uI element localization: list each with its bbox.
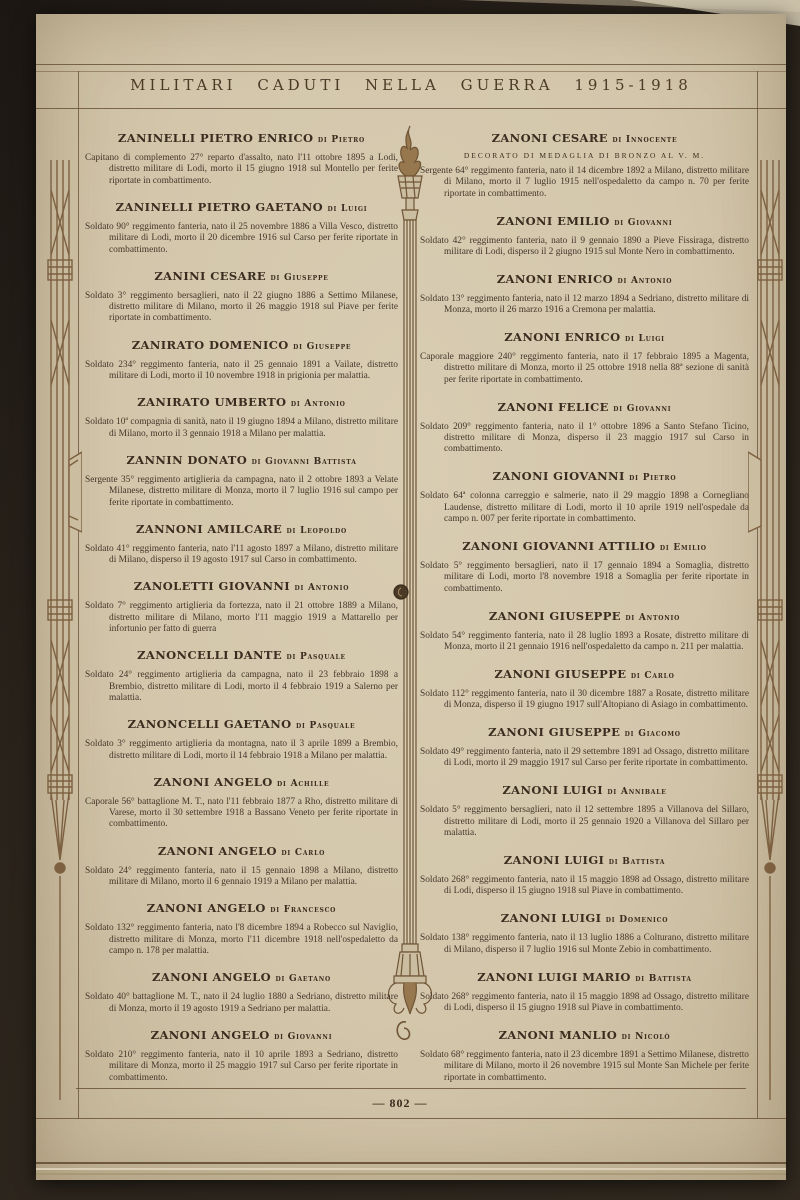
entry-text: Capitano di complemento 27° reparto d'as… — [85, 153, 398, 187]
soldier-entry: ZANOLETTI GIOVANNI di Antonio Soldato 7°… — [85, 580, 398, 635]
soldier-entry: ZANONI MANLIO di Nicolò Soldato 68° regg… — [420, 1029, 749, 1084]
entry-text: Soldato 138° reggimento fanteria, nato i… — [420, 933, 749, 956]
father-name: di Giacomo — [625, 729, 681, 739]
entry-heading: ZANONI LUIGI di Annibale — [420, 784, 749, 799]
entry-text: Soldato 268° reggimento fanteria, nato i… — [420, 875, 749, 898]
father-name: di Pasquale — [286, 652, 345, 662]
entry-text: Soldato 234° reggimento fanteria, nato i… — [85, 360, 398, 383]
soldier-entry: ZANONI ANGELO di Francesco Soldato 132° … — [85, 902, 398, 957]
soldier-entry: ZANONI GIUSEPPE di Antonio Soldato 54° r… — [420, 610, 749, 654]
entry-text: Soldato 3° reggimento bersaglieri, nato … — [85, 291, 398, 325]
soldier-entry: ZANONI GIUSEPPE di Giacomo Soldato 49° r… — [420, 726, 749, 770]
entry-heading: ZANIRATO DOMENICO di Giuseppe — [85, 339, 398, 354]
left-border-rule — [78, 71, 79, 1118]
soldier-entry: ZANONI ANGELO di Carlo Soldato 24° reggi… — [85, 845, 398, 889]
father-name: di Pasquale — [296, 721, 355, 731]
soldier-entry: ZANONI GIUSEPPE di Carlo Soldato 112° re… — [420, 668, 749, 712]
entry-text: Soldato 40° battaglione M. T., nato il 2… — [85, 992, 398, 1015]
soldier-entry: ZANIRATO DOMENICO di Giuseppe Soldato 23… — [85, 339, 398, 383]
soldier-entry: ZANONI CESARE di Innocente DECORATO DI M… — [420, 132, 749, 200]
soldier-name: ZANNONI AMILCARE — [136, 522, 282, 536]
entry-heading: ZANONI ANGELO di Carlo — [85, 845, 398, 860]
bottom-rule — [36, 1118, 786, 1119]
soldier-name: ZANONI ANGELO — [154, 775, 273, 789]
entry-text: Soldato 24° reggimento fanteria, nato il… — [85, 866, 398, 889]
father-name: di Antonio — [291, 399, 346, 409]
father-name: di Antonio — [617, 276, 672, 286]
soldier-entry: ZANONI ANGELO di Giovanni Soldato 210° r… — [85, 1029, 398, 1084]
soldier-entry: ZANONI ENRICO di Antonio Soldato 13° reg… — [420, 273, 749, 317]
entry-heading: ZANOLETTI GIOVANNI di Antonio — [85, 580, 398, 595]
top-rule — [36, 64, 786, 65]
entry-text: Soldato 210° reggimento fanteria, nato i… — [85, 1050, 398, 1084]
entry-heading: ZANONI CESARE di Innocente — [420, 132, 749, 147]
soldier-entry: ZANONCELLI GAETANO di Pasquale Soldato 3… — [85, 718, 398, 762]
soldier-entry: ZANONI GIOVANNI ATTILIO di Emilio Soldat… — [420, 540, 749, 595]
footer-rule — [76, 1088, 746, 1089]
soldier-name: ZANONI GIUSEPPE — [494, 667, 626, 681]
entry-text: Soldato 5° reggimento bersaglieri, nato … — [420, 561, 749, 595]
father-name: di Battista — [635, 974, 692, 984]
soldier-name: ZANIRATO UMBERTO — [137, 395, 286, 409]
soldier-entry: ZANIRATO UMBERTO di Antonio Soldato 10ª … — [85, 396, 398, 440]
entry-heading: ZANINI CESARE di Giuseppe — [85, 270, 398, 285]
father-name: di Pietro — [629, 473, 676, 483]
soldier-entry: ZANONI ANGELO di Achille Caporale 56° ba… — [85, 776, 398, 831]
entry-heading: ZANONI LUIGI di Domenico — [420, 912, 749, 927]
entry-heading: ZANONI GIOVANNI ATTILIO di Emilio — [420, 540, 749, 555]
entry-heading: ZANONI ANGELO di Gaetano — [85, 971, 398, 986]
entry-heading: ZANONI GIUSEPPE di Antonio — [420, 610, 749, 625]
entry-text: Soldato 112° reggimento fanteria, nato i… — [420, 689, 749, 712]
page-title: MILITARI CADUTI NELLA GUERRA 1915-1918 — [36, 76, 786, 94]
soldier-entry: ZANONI GIOVANNI di Pietro Soldato 64ª co… — [420, 470, 749, 525]
father-name: di Giovanni — [613, 404, 671, 414]
father-name: di Nicolò — [622, 1032, 671, 1042]
entry-heading: ZANNIN DONATO di Giovanni Battista — [85, 454, 398, 469]
father-name: di Giuseppe — [271, 273, 329, 283]
father-name: di Carlo — [281, 848, 325, 858]
father-name: di Gaetano — [275, 974, 331, 984]
soldier-name: ZANONI LUIGI — [504, 853, 605, 867]
father-name: di Luigi — [625, 334, 665, 344]
bottom-border-rule — [36, 1162, 786, 1164]
soldier-entry: ZANONI EMILIO di Giovanni Soldato 42° re… — [420, 215, 749, 259]
entry-text: Soldato 3° reggimento artiglieria da mon… — [85, 739, 398, 762]
soldier-name: ZANNIN DONATO — [126, 453, 247, 467]
entry-heading: ZANONI ENRICO di Antonio — [420, 273, 749, 288]
soldier-name: ZANONI EMILIO — [497, 214, 610, 228]
soldier-name: ZANONI GIOVANNI ATTILIO — [462, 539, 655, 553]
father-name: di Luigi — [328, 204, 368, 214]
father-name: di Carlo — [631, 671, 675, 681]
father-name: di Leopoldo — [287, 526, 347, 536]
father-name: di Giovanni — [274, 1032, 332, 1042]
soldier-entry: ZANNONI AMILCARE di Leopoldo Soldato 41°… — [85, 523, 398, 567]
soldier-entry: ZANONI ANGELO di Gaetano Soldato 40° bat… — [85, 971, 398, 1015]
entry-text: Soldato 7° reggimento artiglieria da for… — [85, 601, 398, 635]
entry-text: Soldato 68° reggimento fanteria, nato il… — [420, 1050, 749, 1084]
soldier-entry: ZANINELLI PIETRO ENRICO di Pietro Capita… — [85, 132, 398, 187]
entry-text: Soldato 24° reggimento artiglieria da ca… — [85, 670, 398, 704]
entry-text: Soldato 13° reggimento fanteria, nato il… — [420, 294, 749, 317]
soldier-entry: ZANONI LUIGI di Annibale Soldato 5° regg… — [420, 784, 749, 839]
entry-text: Caporale 56° battaglione M. T., nato l'1… — [85, 797, 398, 831]
father-name: di Giovanni Battista — [252, 457, 357, 467]
page-stack-edge-dark — [36, 1173, 786, 1175]
soldier-name: ZANONI ANGELO — [147, 901, 266, 915]
entry-heading: ZANONI LUIGI di Battista — [420, 854, 749, 869]
book-page: MILITARI CADUTI NELLA GUERRA 1915-1918 — [36, 14, 786, 1180]
soldier-name: ZANONCELLI GAETANO — [128, 717, 292, 731]
soldier-name: ZANONI CESARE — [492, 132, 608, 145]
top-rule-outer — [36, 71, 786, 72]
soldier-entry: ZANONCELLI DANTE di Pasquale Soldato 24°… — [85, 649, 398, 704]
entry-heading: ZANIRATO UMBERTO di Antonio — [85, 396, 398, 411]
soldier-entry: ZANNIN DONATO di Giovanni Battista Serge… — [85, 454, 398, 509]
left-column: ZANINELLI PIETRO ENRICO di Pietro Capita… — [85, 132, 398, 1084]
entry-text: Caporale maggiore 240° reggimento fanter… — [420, 352, 749, 386]
father-name: di Antonio — [294, 583, 349, 593]
header-underline-rule — [36, 108, 786, 109]
right-border-rule — [757, 71, 758, 1118]
soldier-name: ZANONI LUIGI — [501, 911, 602, 925]
entry-heading: ZANONI ANGELO di Giovanni — [85, 1029, 398, 1044]
soldier-entry: ZANONI LUIGI di Battista Soldato 268° re… — [420, 854, 749, 898]
father-name: di Francesco — [270, 905, 336, 915]
fasces-ornament-left-icon — [36, 160, 82, 1100]
decoration-line: DECORATO DI MEDAGLIA DI BRONZO AL V. M. — [420, 151, 749, 160]
entry-heading: ZANONI MANLIO di Nicolò — [420, 1029, 749, 1044]
entry-text: Sergente 35° reggimento artiglieria da c… — [85, 475, 398, 509]
entry-heading: ZANONCELLI GAETANO di Pasquale — [85, 718, 398, 733]
entry-heading: ZANNONI AMILCARE di Leopoldo — [85, 523, 398, 538]
entry-text: Soldato 209° reggimento fanteria, nato i… — [420, 422, 749, 456]
soldier-entry: ZANONI FELICE di Giovanni Soldato 209° r… — [420, 401, 749, 456]
entry-text: Soldato 49° reggimento fanteria, nato il… — [420, 747, 749, 770]
father-name: di Giuseppe — [293, 342, 351, 352]
soldier-name: ZANONI LUIGI MARIO — [477, 970, 631, 984]
page-number: — 802 — — [36, 1096, 764, 1111]
soldier-name: ZANONI GIUSEPPE — [488, 725, 620, 739]
entry-text: Soldato 54° reggimento fanteria, nato il… — [420, 631, 749, 654]
soldier-name: ZANOLETTI GIOVANNI — [134, 579, 290, 593]
soldier-name: ZANIRATO DOMENICO — [132, 338, 289, 352]
entry-heading: ZANONI ANGELO di Achille — [85, 776, 398, 791]
soldier-entry: ZANONI LUIGI MARIO di Battista Soldato 2… — [420, 971, 749, 1015]
entry-heading: ZANINELLI PIETRO GAETANO di Luigi — [85, 201, 398, 216]
father-name: di Emilio — [660, 543, 707, 553]
soldier-name: ZANONI ANGELO — [151, 1028, 270, 1042]
soldier-name: ZANONI FELICE — [498, 400, 609, 414]
entry-heading: ZANONI EMILIO di Giovanni — [420, 215, 749, 230]
entry-heading: ZANONI GIUSEPPE di Giacomo — [420, 726, 749, 741]
father-name: di Domenico — [606, 915, 668, 925]
father-name: di Innocente — [612, 135, 677, 145]
father-name: di Giovanni — [614, 218, 672, 228]
entry-heading: ZANONI ANGELO di Francesco — [85, 902, 398, 917]
entry-text: Soldato 10ª compagnia di sanità, nato il… — [85, 417, 398, 440]
page-stack-edge-light — [36, 1168, 786, 1170]
fasces-ornament-right-icon — [748, 160, 794, 1100]
father-name: di Battista — [609, 857, 666, 867]
soldier-name: ZANONI LUIGI — [502, 783, 603, 797]
soldier-name: ZANINI CESARE — [154, 269, 266, 283]
entry-text: Soldato 5° reggimento bersaglieri, nato … — [420, 805, 749, 839]
entry-text: Soldato 268° reggimento fanteria, nato i… — [420, 992, 749, 1015]
soldier-name: ZANONI MANLIO — [499, 1028, 618, 1042]
entry-heading: ZANONI FELICE di Giovanni — [420, 401, 749, 416]
soldier-name: ZANONI GIUSEPPE — [489, 609, 621, 623]
entry-text: Soldato 41° reggimento fanteria, nato l'… — [85, 544, 398, 567]
soldier-name: ZANONCELLI DANTE — [137, 648, 282, 662]
entry-text: Soldato 64ª colonna carreggio e salmerie… — [420, 491, 749, 525]
entry-heading: ZANONCELLI DANTE di Pasquale — [85, 649, 398, 664]
entry-text: Sergente 64° reggimento fanteria, nato i… — [420, 166, 749, 200]
father-name: di Achille — [277, 779, 329, 789]
soldier-name: ZANINELLI PIETRO ENRICO — [118, 132, 314, 145]
entry-text: Soldato 132° reggimento fanteria, nato l… — [85, 923, 398, 957]
father-name: di Pietro — [318, 135, 365, 145]
soldier-entry: ZANINI CESARE di Giuseppe Soldato 3° reg… — [85, 270, 398, 325]
entry-text: Soldato 90° reggimento fanteria, nato il… — [85, 222, 398, 256]
entry-heading: ZANINELLI PIETRO ENRICO di Pietro — [85, 132, 398, 147]
right-column: ZANONI CESARE di Innocente DECORATO DI M… — [420, 132, 749, 1084]
soldier-name: ZANONI ENRICO — [497, 272, 613, 286]
soldier-entry: ZANINELLI PIETRO GAETANO di Luigi Soldat… — [85, 201, 398, 256]
soldier-name: ZANONI ANGELO — [158, 844, 277, 858]
soldier-name: ZANINELLI PIETRO GAETANO — [116, 200, 323, 214]
entry-heading: ZANONI GIOVANNI di Pietro — [420, 470, 749, 485]
photo-backdrop: MILITARI CADUTI NELLA GUERRA 1915-1918 — [0, 0, 800, 1200]
entry-heading: ZANONI ENRICO di Luigi — [420, 331, 749, 346]
entry-heading: ZANONI GIUSEPPE di Carlo — [420, 668, 749, 683]
father-name: di Antonio — [625, 613, 680, 623]
soldier-entry: ZANONI LUIGI di Domenico Soldato 138° re… — [420, 912, 749, 956]
soldier-entry: ZANONI ENRICO di Luigi Caporale maggiore… — [420, 331, 749, 386]
soldier-name: ZANONI GIOVANNI — [493, 469, 625, 483]
soldier-name: ZANONI ANGELO — [152, 970, 271, 984]
father-name: di Annibale — [607, 787, 666, 797]
entry-heading: ZANONI LUIGI MARIO di Battista — [420, 971, 749, 986]
soldier-name: ZANONI ENRICO — [504, 330, 620, 344]
entry-text: Soldato 42° reggimento fanteria, nato il… — [420, 236, 749, 259]
